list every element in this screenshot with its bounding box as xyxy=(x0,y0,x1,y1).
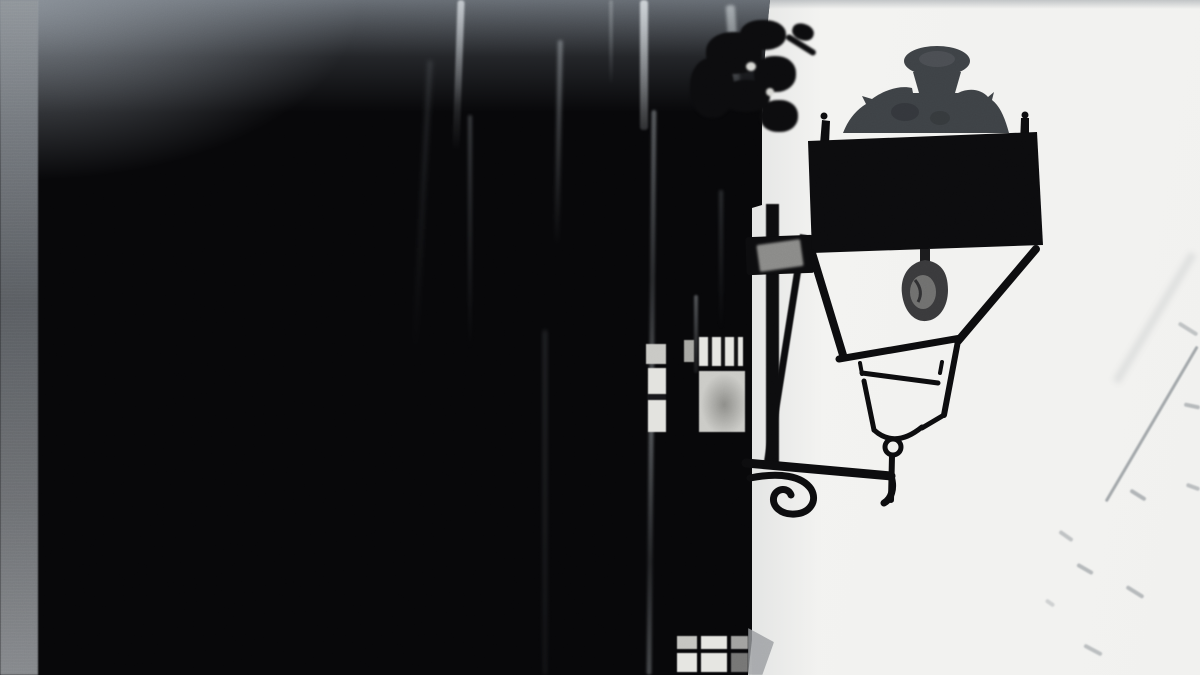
lit-window-panes xyxy=(699,337,743,366)
left-edge-grain-strip xyxy=(0,0,38,675)
light-streak xyxy=(640,0,648,130)
lit-pane xyxy=(701,636,727,649)
lit-pane xyxy=(731,653,748,672)
bottom-lit-grid xyxy=(677,636,752,675)
lit-window-bar xyxy=(646,344,666,364)
lantern-crest xyxy=(843,87,1009,133)
light-streak xyxy=(468,115,472,350)
lantern-finial xyxy=(904,46,970,93)
lit-pane xyxy=(677,636,697,649)
light-streak xyxy=(543,330,547,675)
lit-window-tick xyxy=(684,340,694,362)
light-bulb xyxy=(902,249,948,321)
lit-pane xyxy=(677,653,697,672)
photo-canvas xyxy=(0,0,1200,675)
light-streak xyxy=(719,190,723,330)
lit-pane xyxy=(731,636,748,649)
building-wall xyxy=(0,0,780,675)
lit-pane xyxy=(701,653,727,672)
lit-window-pane xyxy=(699,371,745,432)
scroll-bracket xyxy=(750,475,814,514)
mounting-arm xyxy=(746,463,893,503)
lit-window-bar xyxy=(648,368,666,432)
wall-corner-haze xyxy=(0,0,480,270)
light-streak xyxy=(609,0,613,85)
light-streak xyxy=(694,295,698,373)
street-lantern xyxy=(740,30,1060,520)
